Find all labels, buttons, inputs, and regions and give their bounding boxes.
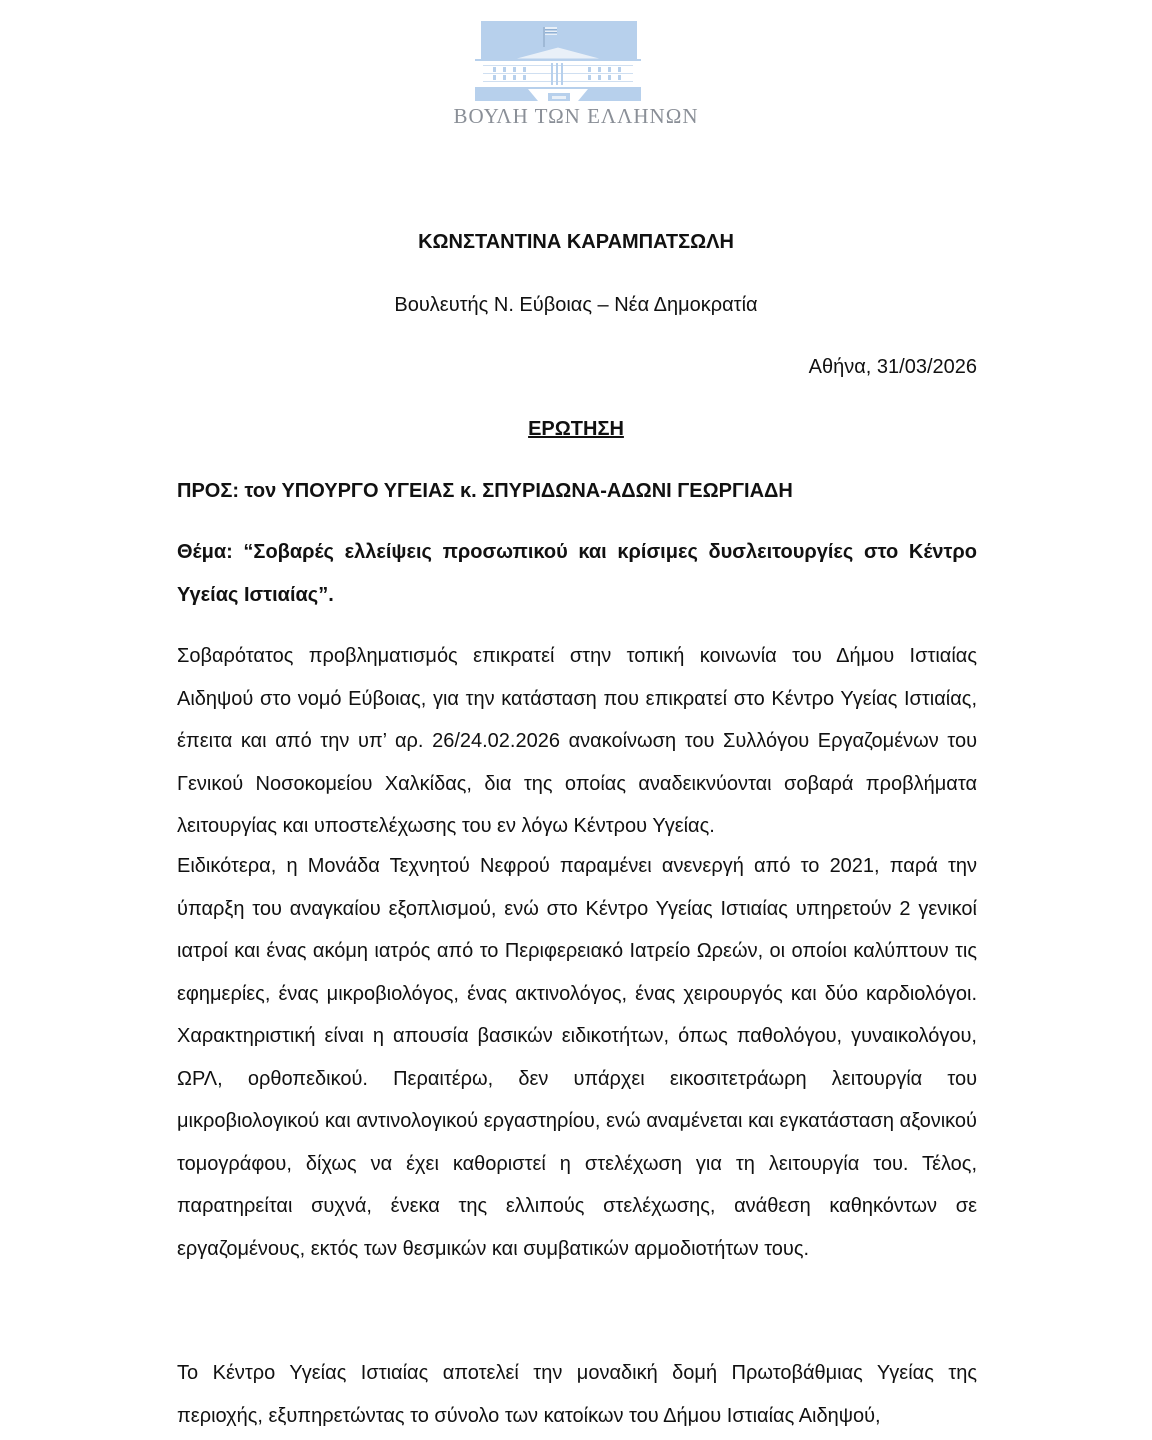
parliament-logo-caption: ΒΟΥΛΗ ΤΩΝ ΕΛΛΗΝΩΝ <box>0 104 1152 129</box>
body-paragraph: Σοβαρότατος προβληματισμός επικρατεί στη… <box>177 635 977 848</box>
author-name: ΚΩΝΣΤΑΝΤΙΝΑ ΚΑΡΑΜΠΑΤΣΩΛΗ <box>0 231 1152 254</box>
recipient-line: ΠΡΟΣ: τον ΥΠΟΥΡΓΟ ΥΓΕΙΑΣ κ. ΣΠΥΡΙΔΩΝΑ-ΑΔ… <box>177 480 793 503</box>
author-role: Βουλευτής Ν. Εύβοιας – Νέα Δημοκρατία <box>0 294 1152 317</box>
subject-line: Θέμα: “Σοβαρές ελλείψεις προσωπικού και … <box>177 531 977 616</box>
document-date: Αθήνα, 31/03/2026 <box>809 356 977 379</box>
document-type-heading: ΕΡΩΤΗΣΗ <box>0 418 1152 441</box>
body-paragraph: Το Κέντρο Υγείας Ιστιαίας αποτελεί την μ… <box>177 1352 977 1437</box>
parliament-logo-icon <box>473 17 643 103</box>
body-paragraph: Ειδικότερα, η Μονάδα Τεχνητού Νεφρού παρ… <box>177 845 977 1270</box>
